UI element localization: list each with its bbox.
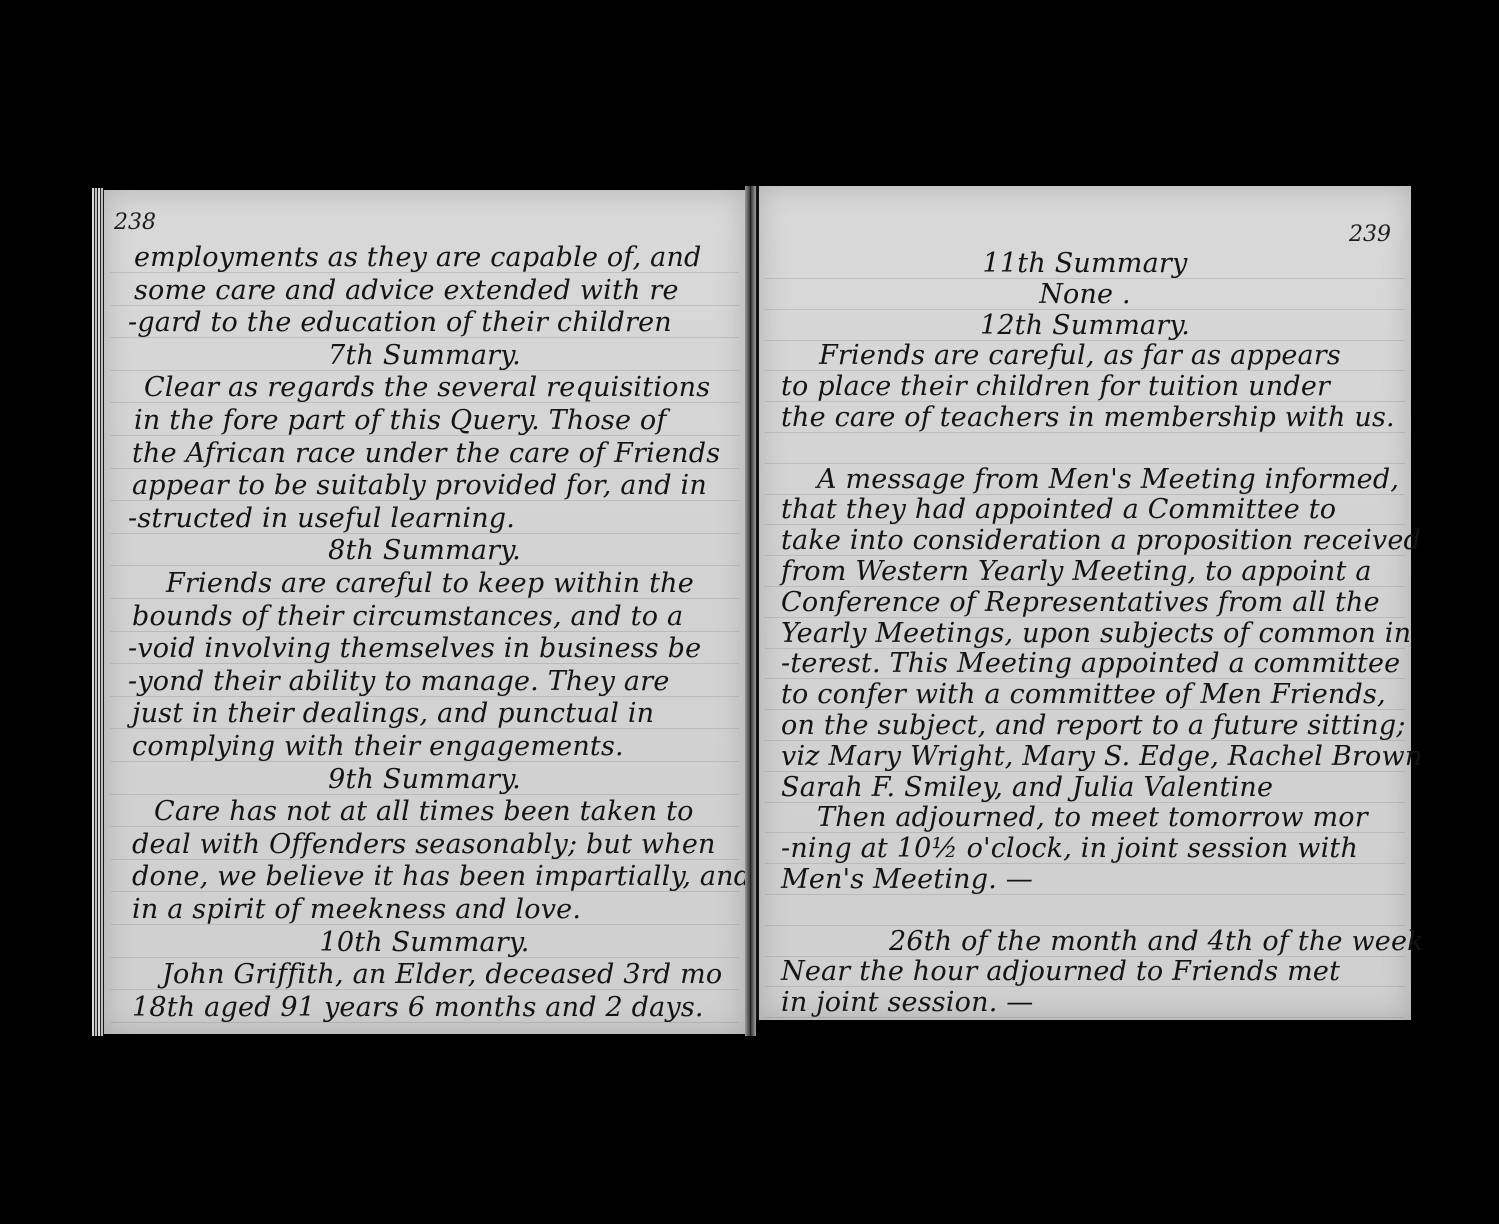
- text-line: Yearly Meetings, upon subjects of common…: [781, 618, 1411, 649]
- text-line: just in their dealings, and punctual in: [132, 698, 654, 729]
- left-page-number: 238: [114, 210, 156, 235]
- text-line: in a spirit of meekness and love.: [132, 894, 581, 925]
- text-line: to place their children for tuition unde…: [781, 371, 1330, 402]
- text-line: Sarah F. Smiley, and Julia Valentine: [781, 772, 1273, 803]
- text-line: Near the hour adjourned to Friends met: [781, 956, 1340, 987]
- text-line: -gard to the education of their children: [128, 307, 672, 338]
- section-heading: None .: [759, 279, 1411, 310]
- book-gutter: [745, 186, 756, 1036]
- text-line: in the fore part of this Query. Those of: [134, 405, 667, 436]
- left-page: 238 employments as they are capable of, …: [104, 190, 747, 1034]
- text-line: Conference of Representatives from all t…: [781, 587, 1380, 618]
- text-line: 26th of the month and 4th of the week: [889, 926, 1424, 957]
- text-line: bounds of their circumstances, and to a: [132, 601, 683, 632]
- text-line: complying with their engagements.: [132, 731, 624, 762]
- right-page: 239 11th SummaryNone .12th Summary.Frien…: [756, 186, 1411, 1020]
- text-line: that they had appointed a Committee to: [781, 494, 1336, 525]
- text-line: the African race under the care of Frien…: [132, 438, 720, 469]
- text-line: -structed in useful learning.: [128, 503, 515, 534]
- section-heading: 11th Summary: [759, 248, 1411, 279]
- text-line: employments as they are capable of, and: [134, 242, 702, 273]
- text-line: Then adjourned, to meet tomorrow mor: [817, 802, 1368, 833]
- section-heading: 12th Summary.: [759, 310, 1411, 341]
- text-line: 18th aged 91 years 6 months and 2 days.: [132, 992, 704, 1023]
- section-heading: 8th Summary.: [104, 535, 745, 566]
- text-line: take into consideration a proposition re…: [781, 525, 1421, 556]
- text-line: -ning at 10½ o'clock, in joint session w…: [781, 833, 1358, 864]
- right-page-number: 239: [1349, 222, 1391, 247]
- text-line: John Griffith, an Elder, deceased 3rd mo: [162, 959, 722, 990]
- text-line: -void involving themselves in business b…: [128, 633, 701, 664]
- text-line: in joint session. —: [781, 987, 1033, 1018]
- text-line: to confer with a committee of Men Friend…: [781, 679, 1386, 710]
- book-page-edges: [92, 188, 104, 1036]
- section-heading: 10th Summary.: [104, 927, 745, 958]
- text-line: appear to be suitably provided for, and …: [132, 470, 707, 501]
- section-heading: 9th Summary.: [104, 764, 745, 795]
- text-line: Friends are careful to keep within the: [166, 568, 694, 599]
- section-heading: 7th Summary.: [104, 340, 745, 371]
- text-line: deal with Offenders seasonably; but when: [132, 829, 716, 860]
- text-line: on the subject, and report to a future s…: [781, 710, 1406, 741]
- text-line: some care and advice extended with re: [134, 275, 679, 306]
- text-line: from Western Yearly Meeting, to appoint …: [781, 556, 1372, 587]
- text-line: done, we believe it has been impartially…: [132, 861, 751, 892]
- text-line: -terest. This Meeting appointed a commit…: [781, 648, 1400, 679]
- text-line: Men's Meeting. —: [781, 864, 1033, 895]
- text-line: Clear as regards the several requisition…: [144, 372, 710, 403]
- text-line: Care has not at all times been taken to: [154, 796, 694, 827]
- text-line: viz Mary Wright, Mary S. Edge, Rachel Br…: [781, 741, 1422, 772]
- text-line: the care of teachers in membership with …: [781, 402, 1395, 433]
- text-line: A message from Men's Meeting informed,: [817, 464, 1399, 495]
- text-line: Friends are careful, as far as appears: [819, 340, 1341, 371]
- text-line: -yond their ability to manage. They are: [128, 666, 670, 697]
